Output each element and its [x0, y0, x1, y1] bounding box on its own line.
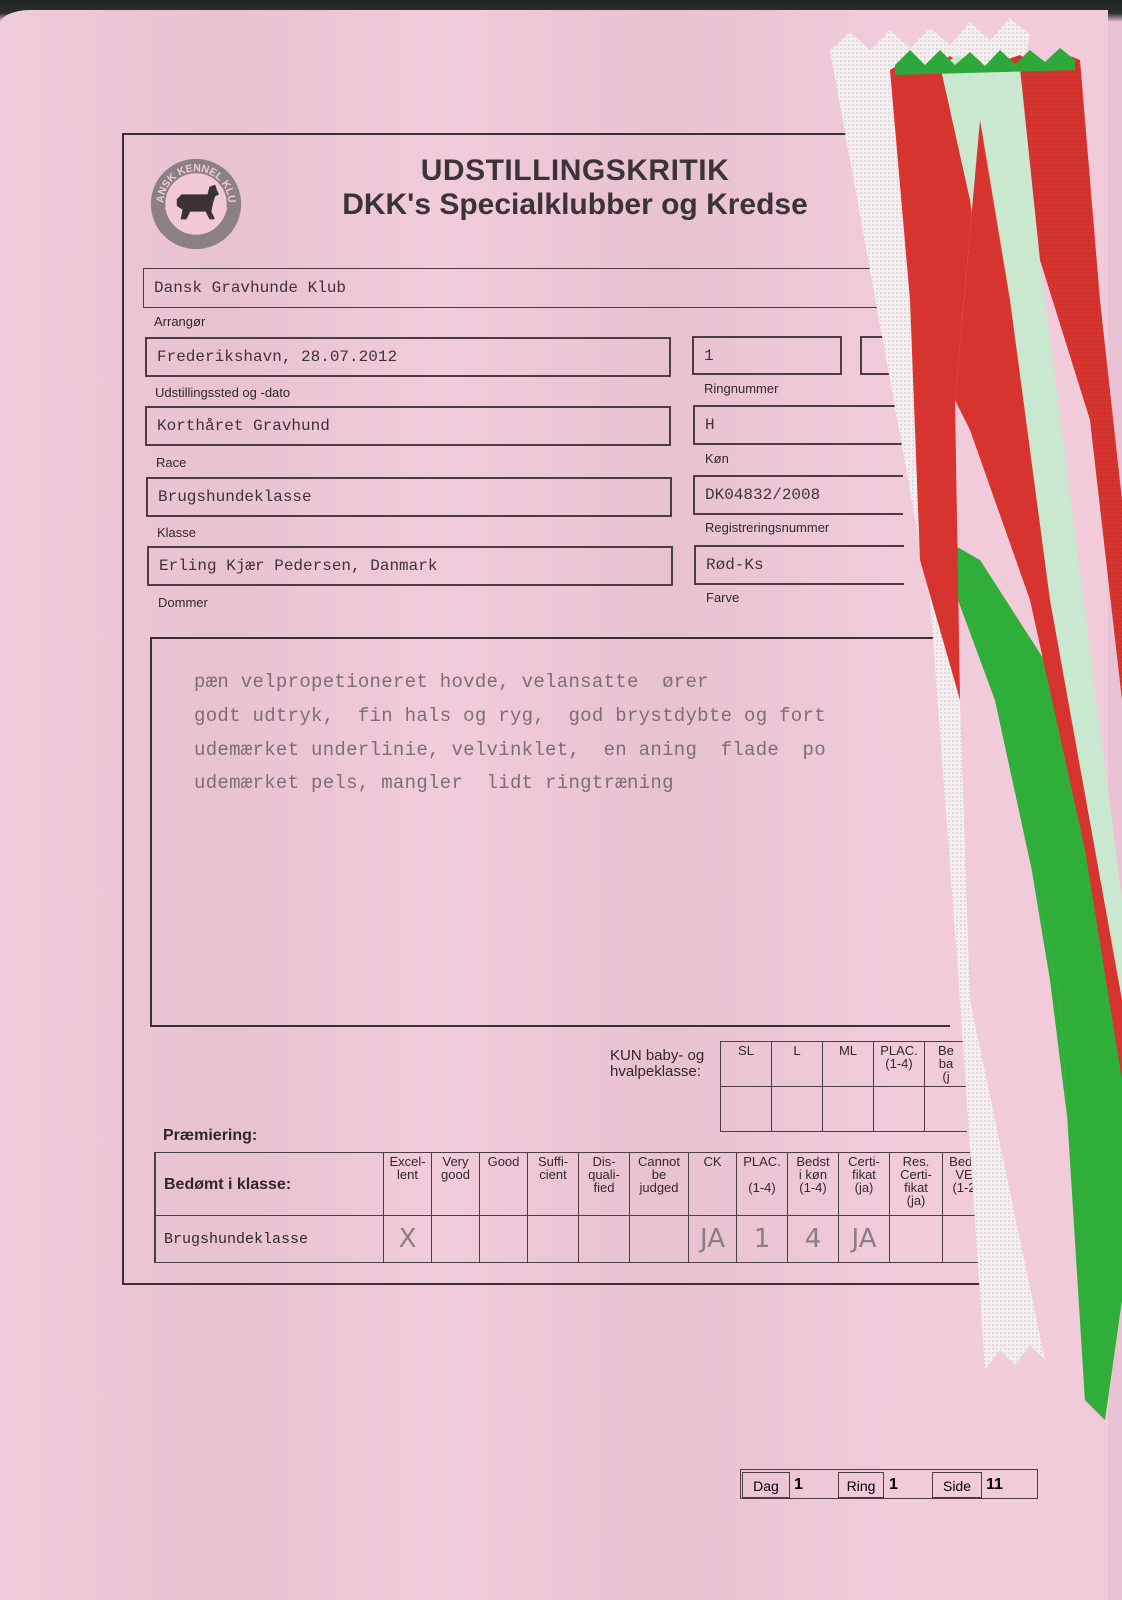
dommer-value: Erling Kjær Pedersen, Danmark	[159, 557, 437, 575]
baby-header-cell: PLAC. (1-4)	[874, 1042, 925, 1087]
sted-dato-field: Frederikshavn, 28.07.2012	[145, 337, 671, 377]
baby-input-cell[interactable]	[823, 1087, 874, 1132]
praemiering-header-cell: PLAC. (1-4)	[737, 1153, 788, 1216]
praemiering-mark-cell[interactable]: 4	[788, 1216, 839, 1263]
ringnummer-field: 1	[692, 336, 842, 375]
praemiering-table: Bedømt i klasse: Excel- lentVery goodGoo…	[154, 1152, 985, 1263]
baby-input-cell[interactable]	[874, 1087, 925, 1132]
praemiering-mark-cell[interactable]	[630, 1216, 689, 1263]
praemiering-header-cell: Certi- fikat (ja)	[839, 1153, 890, 1216]
praemiering-mark-cell[interactable]: JA	[839, 1216, 890, 1263]
baby-input-cell[interactable]	[721, 1087, 772, 1132]
praemiering-mark-cell[interactable]	[579, 1216, 630, 1263]
praemiering-mark-cell[interactable]	[432, 1216, 480, 1263]
critique-line: udemærket pels, mangler lidt ringtræning	[194, 772, 674, 794]
critique-line: pæn velpropetioneret hovde, velansatte ø…	[194, 671, 709, 693]
baby-input-cell[interactable]	[772, 1087, 823, 1132]
praemiering-header-cell: Excel- lent	[384, 1153, 432, 1216]
kon-label: Køn	[705, 451, 729, 466]
baby-header-cell: Be ba (j	[925, 1042, 968, 1087]
registreringsnummer-value: DK04832/2008	[705, 486, 820, 504]
praemiering-header-cell: Beds VE (1-2	[943, 1153, 986, 1216]
praemiering-header-cell: Very good	[432, 1153, 480, 1216]
baby-header-cell: ML	[823, 1042, 874, 1087]
side-value: 11	[986, 1476, 1003, 1494]
title-line-2: DKK's Specialklubber og Kredse	[300, 188, 850, 222]
dkk-logo-icon: DANSK KENNEL KLUB FOR HUNDEEJERE	[148, 156, 244, 252]
race-value: Korthåret Gravhund	[157, 417, 330, 435]
race-field: Korthåret Gravhund	[145, 406, 671, 446]
praemiering-mark-cell[interactable]	[528, 1216, 579, 1263]
kon-field: H	[693, 405, 903, 445]
ringnummer-label: Ringnummer	[704, 381, 778, 396]
dommer-field: Erling Kjær Pedersen, Danmark	[147, 546, 673, 586]
baby-header-cell: L	[772, 1042, 823, 1087]
ringnummer-value: 1	[704, 347, 714, 365]
klasse-field: Brugshundeklasse	[146, 477, 672, 517]
dag-value: 1	[794, 1476, 803, 1494]
klasse-cell: Brugshundeklasse	[155, 1216, 384, 1263]
praemiering-header-cell: Cannot be judged	[630, 1153, 689, 1216]
race-label: Race	[156, 455, 186, 470]
praemiering-mark-cell[interactable]: JA	[689, 1216, 737, 1263]
arrangor-field: Dansk Gravhunde Klub	[143, 268, 903, 308]
katalognummer-field	[860, 336, 900, 375]
klasse-label: Klasse	[157, 525, 196, 540]
praemiering-mark-cell[interactable]	[890, 1216, 943, 1263]
praemiering-mark-cell[interactable]: X	[384, 1216, 432, 1263]
page-title: UDSTILLINGSKRITIK DKK's Specialklubber o…	[300, 154, 850, 222]
ring-value: 1	[889, 1476, 898, 1494]
praemiering-heading: Præmiering:	[163, 1127, 257, 1145]
registreringsnummer-label: Registreringsnummer	[705, 520, 829, 535]
klasse-value: Brugshundeklasse	[158, 488, 312, 506]
farve-field: Rød-Ks	[694, 545, 904, 585]
baby-header-cell: SL	[721, 1042, 772, 1087]
critique-box: pæn velpropetioneret hovde, velansatte ø…	[150, 637, 950, 1027]
bedomt-header: Bedømt i klasse:	[155, 1153, 384, 1216]
praemiering-mark-cell[interactable]	[943, 1216, 986, 1263]
arrangor-label: Arrangør	[154, 314, 205, 329]
baby-table-label: KUN baby- og hvalpeklasse:	[610, 1048, 720, 1080]
side-label: Side	[932, 1472, 982, 1498]
critique-line: godt udtryk, fin hals og ryg, god brystd…	[194, 705, 826, 727]
sted-dato-label: Udstillingssted og -dato	[155, 385, 290, 400]
baby-input-cell[interactable]	[925, 1087, 968, 1132]
praemiering-mark-cell[interactable]	[480, 1216, 528, 1263]
baby-table: SLLMLPLAC. (1-4)Be ba (j	[720, 1041, 967, 1132]
praemiering-header-cell: Good	[480, 1153, 528, 1216]
title-line-1: UDSTILLINGSKRITIK	[300, 154, 850, 188]
farve-label: Farve	[706, 590, 739, 605]
praemiering-mark-cell[interactable]: 1	[737, 1216, 788, 1263]
arrangor-value: Dansk Gravhunde Klub	[154, 279, 346, 297]
dag-label: Dag	[742, 1472, 790, 1498]
praemiering-header-cell: Bedst i køn (1-4)	[788, 1153, 839, 1216]
sted-dato-value: Frederikshavn, 28.07.2012	[157, 348, 397, 366]
kon-value: H	[705, 416, 715, 434]
registreringsnummer-field: DK04832/2008	[693, 475, 903, 515]
critique-line: udemærket underlinie, velvinklet, en ani…	[194, 739, 826, 761]
praemiering-header-cell: CK	[689, 1153, 737, 1216]
praemiering-header-cell: Res. Certi- fikat (ja)	[890, 1153, 943, 1216]
ring-label: Ring	[838, 1472, 884, 1498]
praemiering-header-cell: Suffi- cient	[528, 1153, 579, 1216]
farve-value: Rød-Ks	[706, 556, 764, 574]
dommer-label: Dommer	[158, 595, 208, 610]
praemiering-header-cell: Dis- quali- fied	[579, 1153, 630, 1216]
